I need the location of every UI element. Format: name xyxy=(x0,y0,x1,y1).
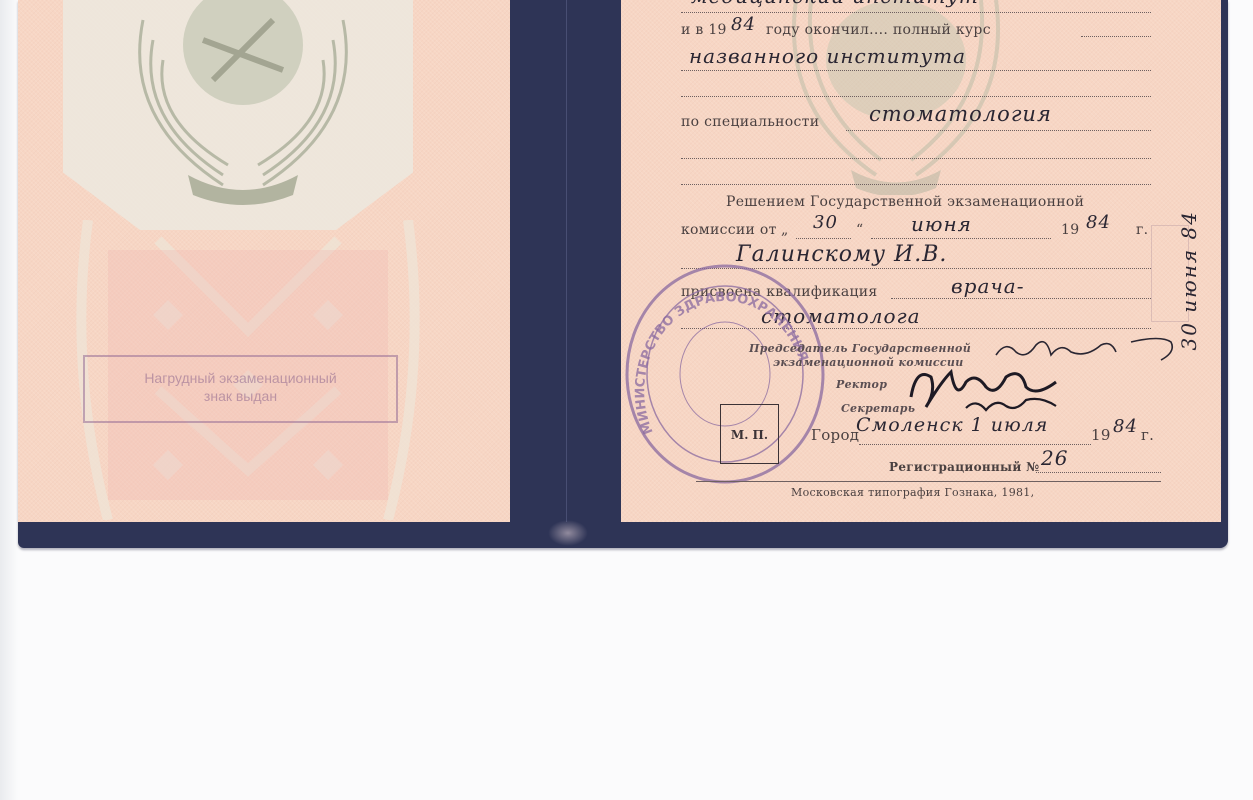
stamp-text-line1: Нагрудный экзаменационный xyxy=(85,369,396,387)
seal-place-box: М. П. xyxy=(720,404,779,464)
issue-year-suffix: г. xyxy=(1141,426,1154,444)
finished-course-text: году окончил.... полный курс xyxy=(766,22,991,38)
issue-year-hand: 84 xyxy=(1113,416,1138,437)
dotted-line xyxy=(859,444,1091,445)
stamp-text-line2: знак выдан xyxy=(85,387,396,405)
dotted-line xyxy=(796,238,851,239)
qualification-hand-1: врача- xyxy=(951,274,1025,298)
badge-issued-stamp: Нагрудный экзаменационный знак выдан xyxy=(83,355,398,423)
spine-wear xyxy=(548,520,588,546)
rector-label: Ректор xyxy=(836,378,887,391)
dotted-line xyxy=(871,238,1051,239)
decision-day-hand: 30 xyxy=(813,212,838,233)
footer-rule xyxy=(696,481,1161,482)
scan-edge-shadow xyxy=(0,0,18,800)
year-suffix: г. xyxy=(1136,222,1148,238)
specialty-label: по специальности xyxy=(681,114,819,130)
dotted-line xyxy=(891,298,1151,299)
dotted-line xyxy=(681,158,1151,159)
institute-name-hand: медицинский институт xyxy=(691,0,979,8)
commission-from-label: комиссии от xyxy=(681,222,777,238)
dotted-line xyxy=(1036,472,1161,473)
specialty-value-hand: стоматология xyxy=(869,102,1052,126)
quote-open: „ xyxy=(781,222,789,238)
chairman-label-1: Председатель Государственной xyxy=(749,342,971,355)
decision-year-hand: 84 xyxy=(1086,212,1111,233)
right-page: медицинский институт и в 19 84 году окон… xyxy=(621,0,1221,522)
dotted-line xyxy=(681,12,1151,13)
graduation-year-hand: 84 xyxy=(731,14,756,35)
dotted-line xyxy=(1081,36,1151,37)
left-page: Нагрудный экзаменационный знак выдан xyxy=(18,0,510,522)
issue-year-prefix: 19 xyxy=(1091,426,1111,444)
quote-close: “ xyxy=(856,222,863,238)
decision-year-prefix: 19 xyxy=(1061,222,1079,238)
printer-imprint: Московская типография Гознака, 1981, xyxy=(791,486,1034,499)
city-date-hand: Смоленск 1 июля xyxy=(856,414,1048,436)
course-of-hand: названного института xyxy=(689,44,966,68)
decision-line1: Решением Государственной экзаменационной xyxy=(726,194,1084,210)
decision-month-hand: июня xyxy=(911,212,972,236)
spine-crease xyxy=(566,0,567,522)
year-prefix: и в 19 xyxy=(681,22,727,38)
dotted-line xyxy=(681,96,1151,97)
dotted-line xyxy=(846,130,1151,131)
registration-label: Регистрационный № xyxy=(889,460,1039,474)
registration-number-hand: 26 xyxy=(1041,446,1068,470)
dotted-line xyxy=(681,184,1151,185)
ussr-emblem-icon xyxy=(93,0,393,215)
margin-date-note: 30 июня 84 xyxy=(1177,210,1201,351)
dotted-line xyxy=(681,70,1151,71)
city-label: Город xyxy=(811,426,859,444)
